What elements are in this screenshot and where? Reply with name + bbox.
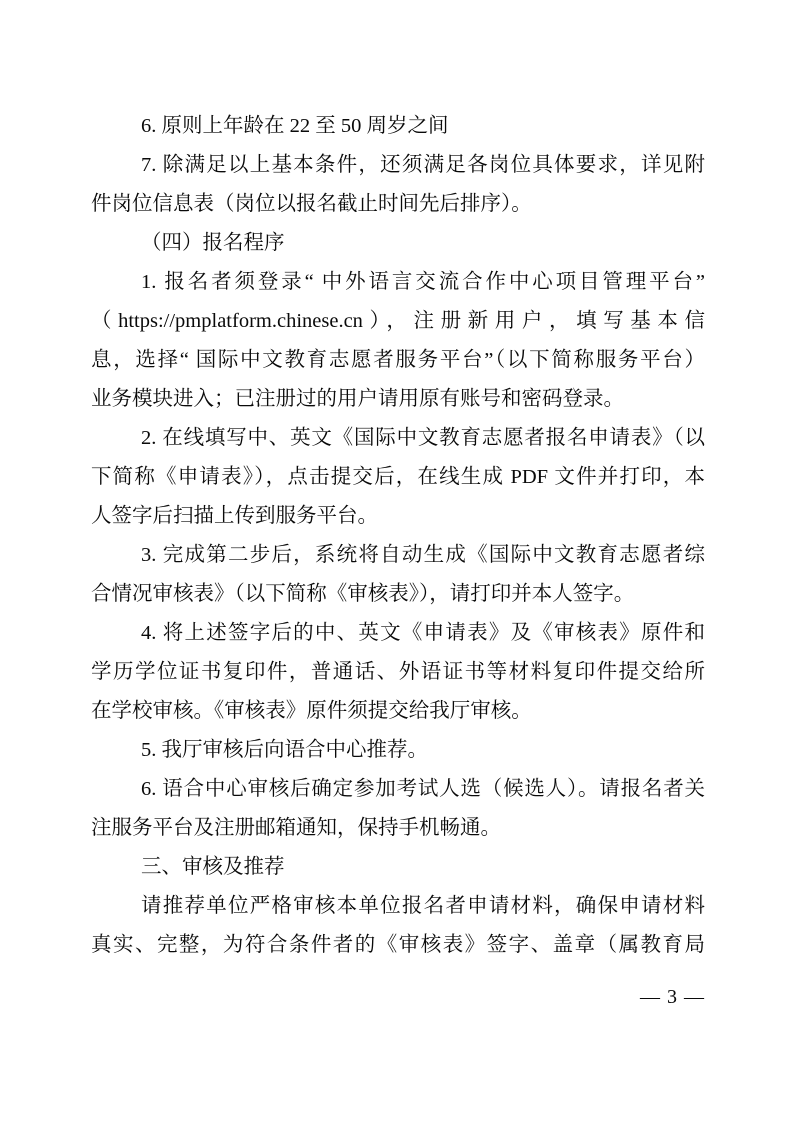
text-line: 合情况审核表》（以下简称《审核表》），请打印并本人签字。	[91, 575, 705, 614]
text-line: 6. 语合中心审核后确定参加考试人选（候选人）。请报名者关	[91, 770, 705, 809]
document-page: 6. 原则上年龄在 22 至 50 周岁之间7. 除满足以上基本条件，还须满足各…	[0, 0, 793, 1122]
text-line: 在学校审核。《审核表》原件须提交给我厅审核。	[91, 692, 705, 731]
page-number: — 3 —	[640, 985, 705, 1009]
text-line: 5. 我厅审核后向语合中心推荐。	[91, 731, 705, 770]
document-body: 6. 原则上年龄在 22 至 50 周岁之间7. 除满足以上基本条件，还须满足各…	[91, 107, 705, 965]
text-line: 学历学位证书复印件，普通话、外语证书等材料复印件提交给所	[91, 653, 705, 692]
text-line: 人签字后扫描上传到服务平台。	[91, 497, 705, 536]
text-line: 三、审核及推荐	[91, 848, 705, 887]
text-line: 请推荐单位严格审核本单位报名者申请材料，确保申请材料	[91, 887, 705, 926]
text-line: （https://pmplatform.chinese.cn），注册新用户，填写…	[91, 302, 705, 341]
text-line: 6. 原则上年龄在 22 至 50 周岁之间	[91, 107, 705, 146]
text-line: 2. 在线填写中、英文《国际中文教育志愿者报名申请表》（以	[91, 419, 705, 458]
text-line: 4. 将上述签字后的中、英文《申请表》及《审核表》原件和	[91, 614, 705, 653]
text-line: 真实、完整，为符合条件者的《审核表》签字、盖章（属教育局	[91, 926, 705, 965]
text-line: 件岗位信息表（岗位以报名截止时间先后排序）。	[91, 185, 705, 224]
text-line: 业务模块进入；已注册过的用户请用原有账号和密码登录。	[91, 380, 705, 419]
text-line: 息，选择“ 国际中文教育志愿者服务平台”（以下简称服务平台）	[91, 341, 705, 380]
text-line: （四）报名程序	[91, 224, 705, 263]
text-line: 1. 报名者须登录“ 中外语言交流合作中心项目管理平台”	[91, 263, 705, 302]
text-line: 7. 除满足以上基本条件，还须满足各岗位具体要求，详见附	[91, 146, 705, 185]
text-line: 下简称《申请表》），点击提交后，在线生成 PDF 文件并打印，本	[91, 458, 705, 497]
text-line: 3. 完成第二步后，系统将自动生成《国际中文教育志愿者综	[91, 536, 705, 575]
text-line: 注服务平台及注册邮箱通知，保持手机畅通。	[91, 809, 705, 848]
